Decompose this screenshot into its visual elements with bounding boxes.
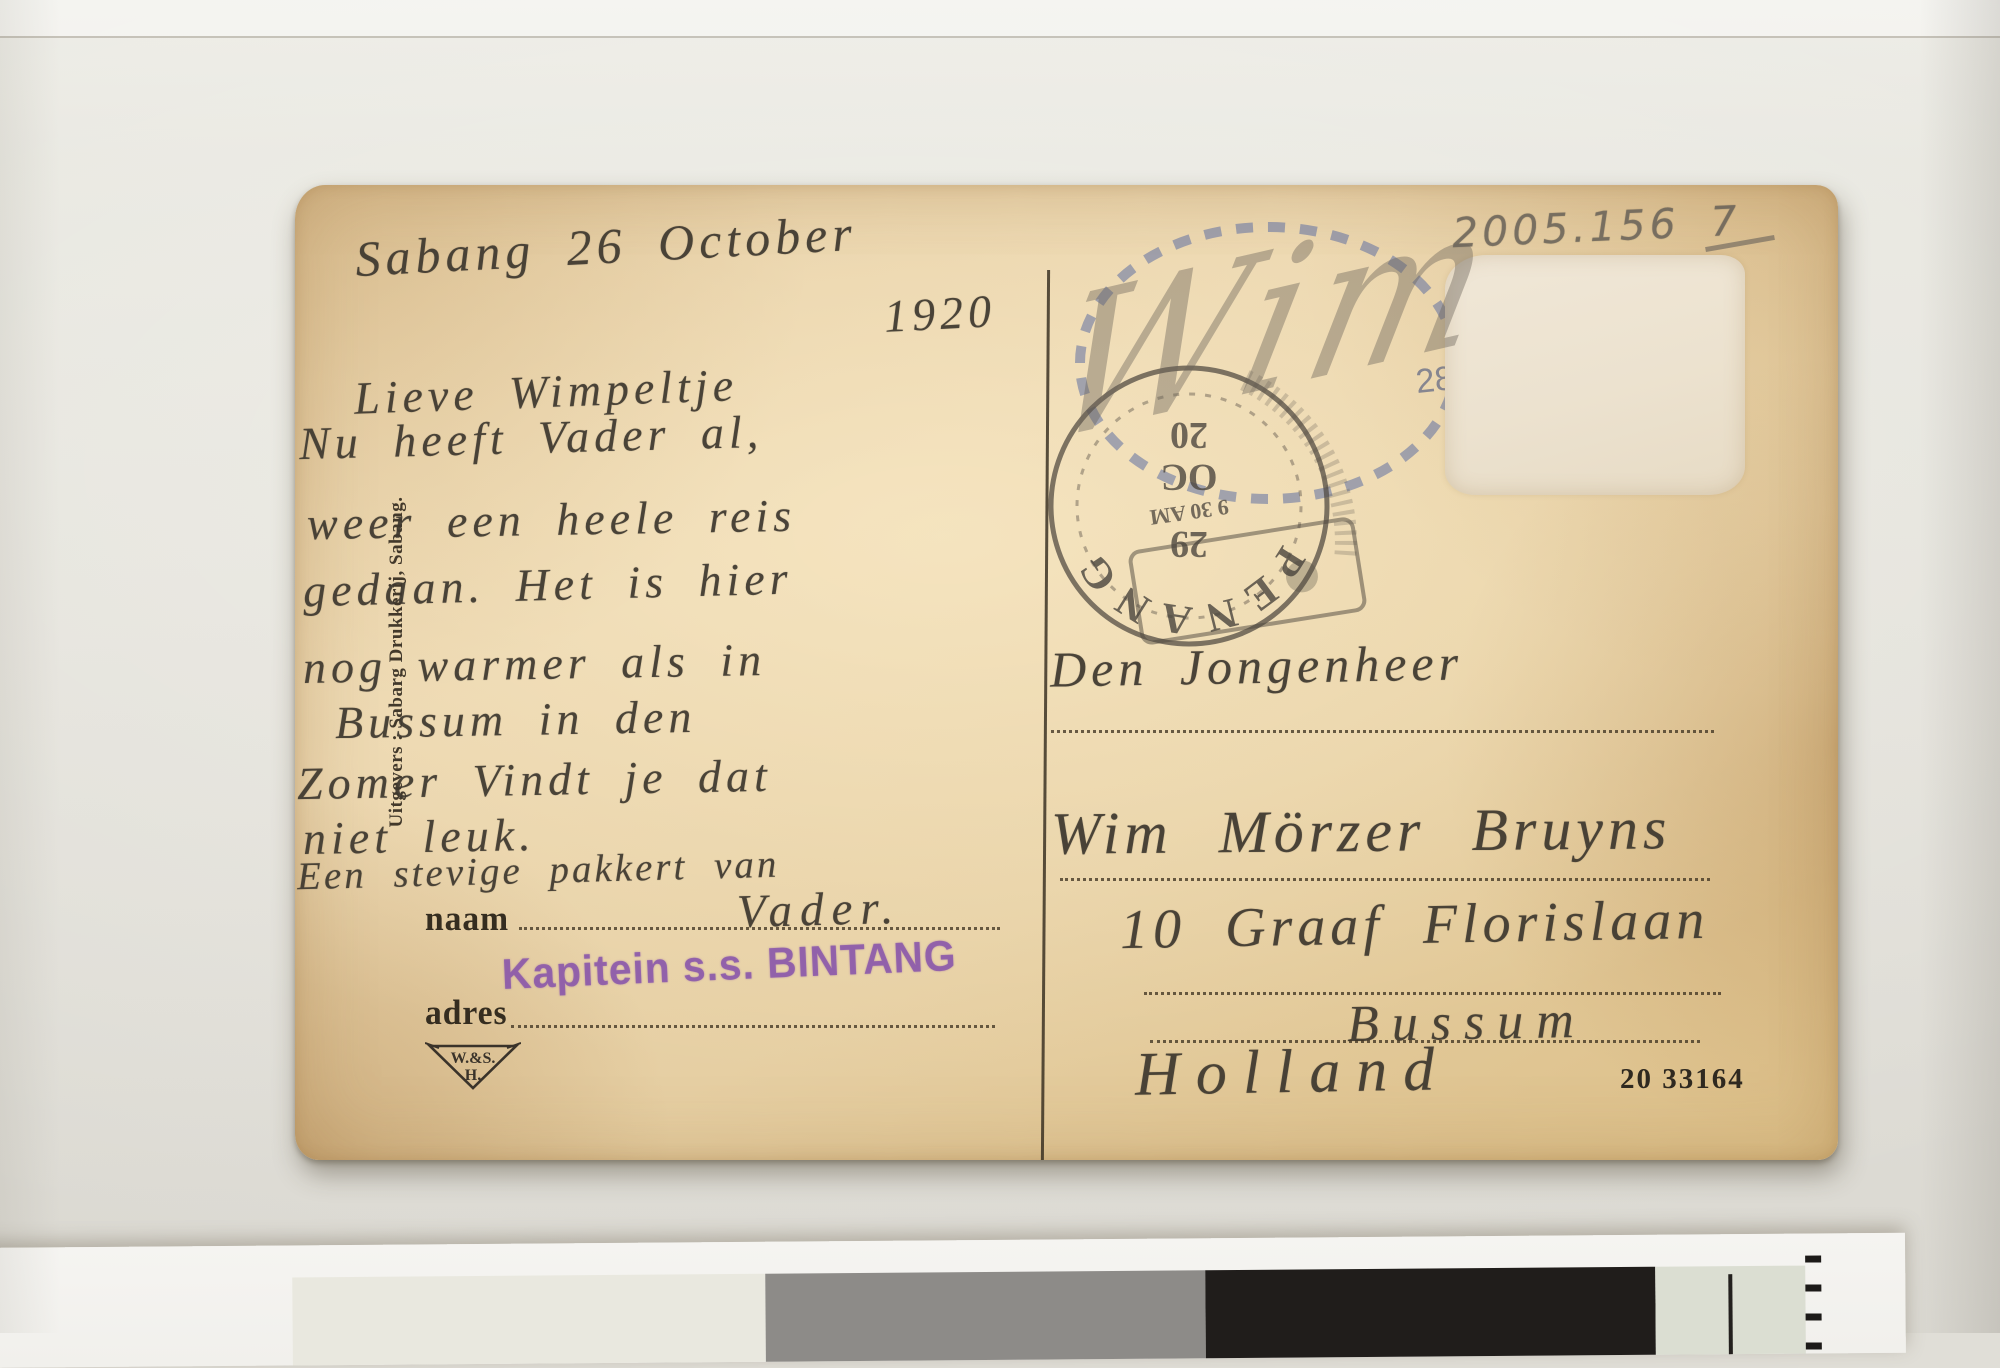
message-line: Bussum in den [335,690,697,749]
calibration-card [0,1233,1906,1333]
address-line: Wim Mörzer Bruyns [1051,794,1672,868]
address-line: Den Jongenheer [1050,633,1464,698]
message-line: nog warmer als in [303,633,767,694]
printed-serial-number: 20 33164 [1620,1063,1745,1096]
address-dotted-line [1060,878,1710,881]
logo-initial-h: H. [465,1067,481,1084]
message-dateline-year: 1920 [883,284,998,343]
message-signature: Vader. [736,881,902,939]
calibration-dash-scale [1805,1255,1822,1333]
postmark-month: OC [1161,456,1218,498]
message-line: weer een heele reis [307,489,797,551]
photo-backdrop: 28 PENANG 29 9 30 AM OC [0,0,2000,1333]
backdrop-top-sheet [0,0,2000,36]
postmark-time: 9 30 AM [1148,495,1230,531]
name-field-label: naam [425,899,509,939]
logo-initials: W.&S. [451,1050,496,1067]
postmark-day: 29 [1170,523,1208,565]
backdrop-crease [0,36,2000,38]
address-line: 10 Graaf Florislaan [1119,888,1709,962]
postcard: 28 PENANG 29 9 30 AM OC [295,185,1838,1160]
removed-stamp-residue [1445,255,1745,495]
calibration-patch-white [292,1274,766,1333]
message-line: Zomer Vindt je dat [297,749,773,810]
address-line: Holland [1134,1034,1450,1110]
address-field-label: adres [425,993,508,1033]
calibration-tick-line [1728,1274,1733,1333]
address-dotted-line [511,1025,995,1028]
calibration-patch-gray [765,1270,1206,1333]
calibration-patch-black [1205,1267,1656,1333]
printer-logo-triangle: W.&S. H. [425,1040,521,1092]
address-dotted-line [1051,730,1714,733]
